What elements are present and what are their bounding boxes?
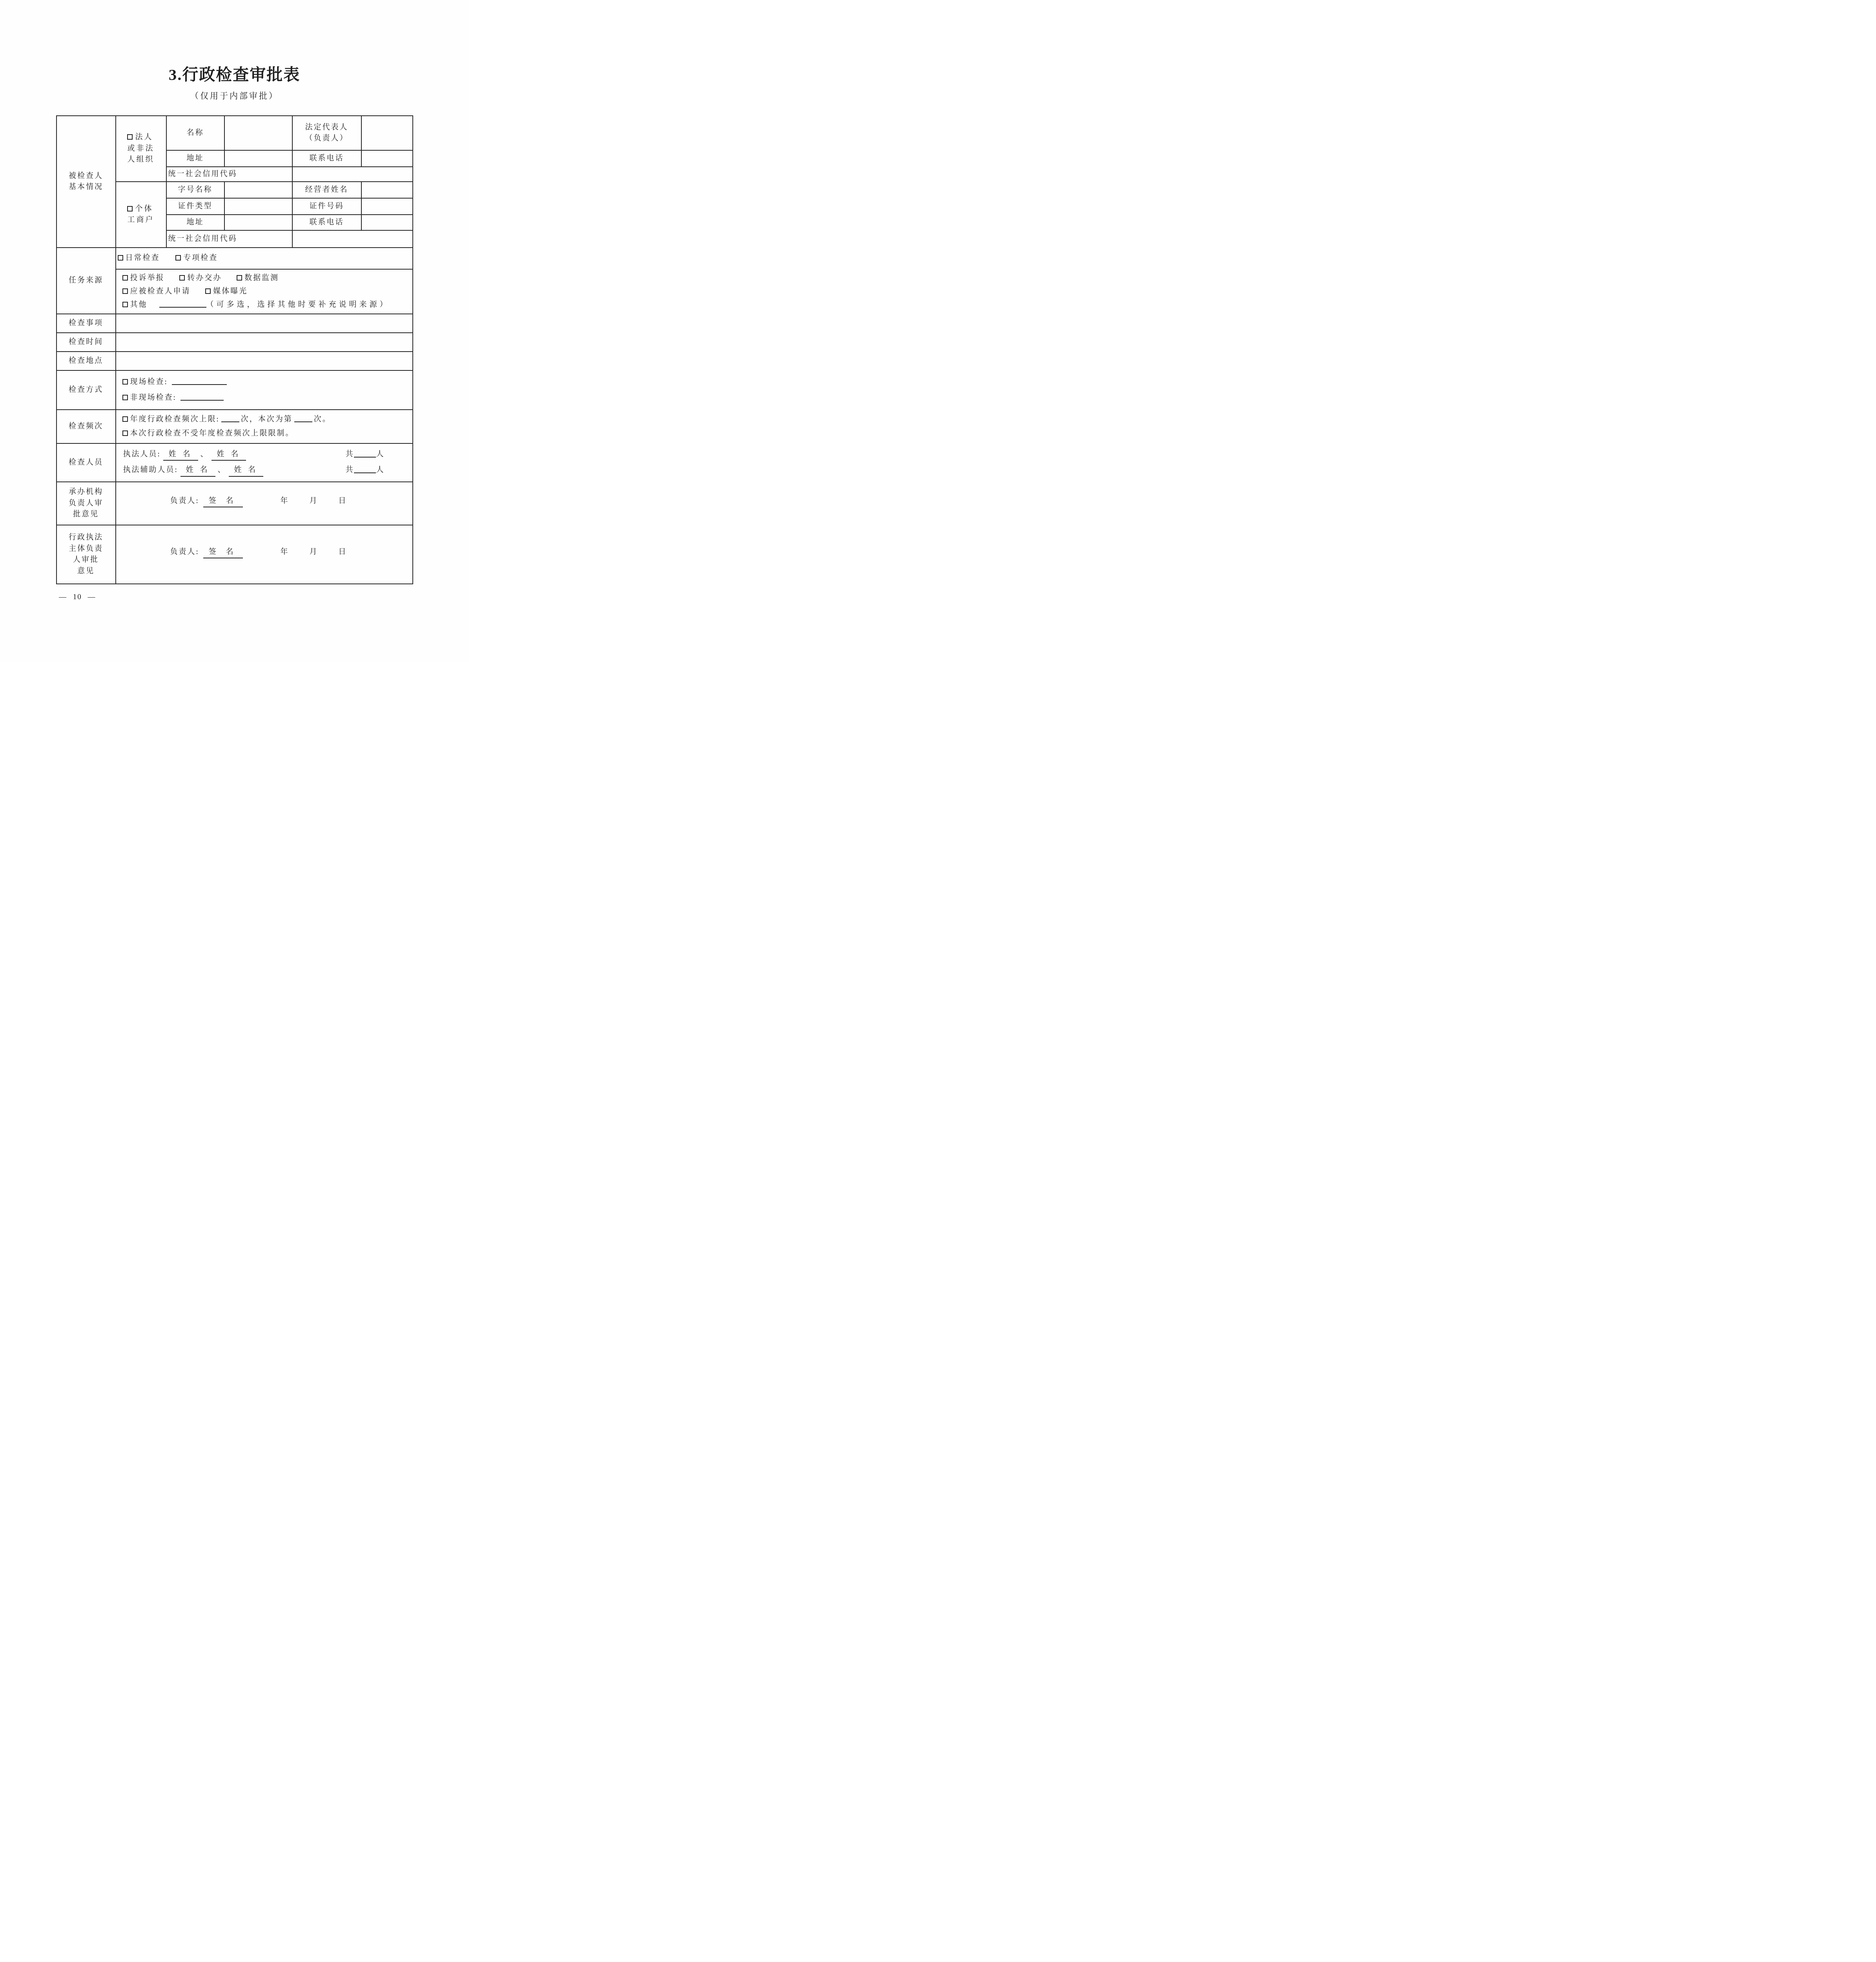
approval-form-table: 被检查人 基本情况 法人 或非法 人组织 名称 法定代表人 （负责人） 地址 联… <box>56 115 413 584</box>
option-daily-inspection: 日常检查 <box>118 254 160 262</box>
label-shop-name: 字号名称 <box>166 182 224 198</box>
table-row: 行政执法 主体负责 人审批 意见 负责人:签 名 年月日 <box>57 525 413 584</box>
option-special-inspection: 专项检查 <box>175 254 218 262</box>
assistants-line: 执法辅助人员:姓 名、姓 名 共人 <box>123 465 385 477</box>
checkbox-daily-inspection[interactable] <box>118 255 123 261</box>
row-header-inspection-place: 检查地点 <box>57 352 116 370</box>
page-number: — 10 — <box>59 593 469 602</box>
label-legal-phone: 联系电话 <box>292 150 361 167</box>
inspection-place-value[interactable] <box>116 352 413 370</box>
officer-name-placeholder-2[interactable]: 姓 名 <box>211 449 246 461</box>
row-header-inspection-frequency: 检查频次 <box>57 410 116 443</box>
legal-phone-value[interactable] <box>361 150 413 167</box>
checkbox-complaint-report[interactable] <box>122 275 128 281</box>
authority-approval-cell[interactable]: 负责人:签 名 年月日 <box>116 525 413 584</box>
officers-names: 执法人员:姓 名、姓 名 <box>123 449 249 461</box>
cell-legal-entity-type: 法人 或非法 人组织 <box>116 116 166 182</box>
inspection-frequency-cell: 年度行政检查频次上限:次，本次为第次。 本次行政检查不受年度检查频次上限限制。 <box>116 410 413 443</box>
authority-date-group: 年月日 <box>281 547 347 558</box>
checkbox-frequency-exempt[interactable] <box>122 430 128 436</box>
org-approval-cell[interactable]: 负责人:签 名 年月日 <box>116 482 413 525</box>
count-suffix: 人 <box>376 450 385 458</box>
authority-date-month: 月 <box>310 547 318 558</box>
option-offsite-inspection: 非现场检查: <box>122 394 177 402</box>
label-individual-uscc: 统一社会信用代码 <box>166 230 292 248</box>
checkbox-offsite-inspection[interactable] <box>122 395 128 400</box>
checkbox-onsite-inspection[interactable] <box>122 379 128 385</box>
row-header-authority-approval: 行政执法 主体负责 人审批 意见 <box>57 525 116 584</box>
checkbox-complaint-report-label: 投诉举报 <box>130 274 165 282</box>
authority-date-day: 日 <box>339 547 347 558</box>
label-legal-name: 名称 <box>166 116 224 150</box>
checkbox-annual-frequency-limit-label: 年度行政检查频次上限: <box>130 415 220 423</box>
org-sign-label: 负责人: <box>170 496 199 507</box>
assistants-count: 共人 <box>345 465 385 476</box>
row-header-inspection-items: 检查事项 <box>57 314 116 333</box>
blank-frequency-limit[interactable] <box>221 414 239 422</box>
org-date-year: 年 <box>281 496 289 507</box>
table-row: 承办机构 负责人审 批意见 负责人:签 名 年月日 <box>57 482 413 525</box>
authority-sign-label: 负责人: <box>170 547 199 558</box>
table-row: 被检查人 基本情况 法人 或非法 人组织 名称 法定代表人 （负责人） <box>57 116 413 150</box>
org-date-group: 年月日 <box>281 496 347 507</box>
inspection-method-cell: 现场检查: 非现场检查: <box>116 370 413 410</box>
task-source-type-cell: 日常检查 专项检查 <box>116 248 413 269</box>
assistants-names: 执法辅助人员:姓 名、姓 名 <box>123 465 266 477</box>
cell-individual-business-type: 个体 工商户 <box>116 182 166 248</box>
option-inspected-party-application: 应被检查人申请 <box>122 287 191 295</box>
checkbox-other-source-label: 其他 <box>130 301 148 309</box>
checkbox-special-inspection-label: 专项检查 <box>183 254 218 262</box>
table-row: 检查频次 年度行政检查频次上限:次，本次为第次。 本次行政检查不受年度检查频次上… <box>57 410 413 443</box>
assistant-name-placeholder-1[interactable]: 姓 名 <box>180 465 215 477</box>
org-date-day: 日 <box>339 496 347 507</box>
label-operator-name: 经营者姓名 <box>292 182 361 198</box>
frequency-limit-line: 年度行政检查频次上限:次，本次为第次。 <box>122 414 411 425</box>
officers-line: 执法人员:姓 名、姓 名 共人 <box>123 449 385 461</box>
checkbox-inspected-party-application[interactable] <box>122 288 128 294</box>
row-header-inspection-personnel: 检查人员 <box>57 443 116 482</box>
row-header-task-source: 任务来源 <box>57 248 116 314</box>
checkbox-data-monitoring-label: 数据监测 <box>244 274 279 282</box>
checkbox-individual-business[interactable] <box>127 206 133 212</box>
checkbox-media-exposure-label: 媒体曝光 <box>213 287 248 295</box>
row-header-inspection-time: 检查时间 <box>57 333 116 352</box>
individual-uscc-value[interactable] <box>292 230 413 248</box>
option-legal-entity: 法人 或非法 人组织 <box>127 132 154 166</box>
org-date-month: 月 <box>310 496 318 507</box>
count-prefix: 共 <box>345 466 354 474</box>
checkbox-onsite-inspection-label: 现场检查: <box>130 378 168 386</box>
option-annual-frequency-limit: 年度行政检查频次上限: <box>122 415 220 423</box>
individual-phone-value[interactable] <box>361 215 413 230</box>
cert-type-value[interactable] <box>224 198 292 215</box>
option-complaint-report: 投诉举报 <box>122 274 165 282</box>
name-separator: 、 <box>218 466 226 474</box>
frequency-mid-text: 次，本次为第 <box>241 415 293 423</box>
row-header-org-approval: 承办机构 负责人审 批意见 <box>57 482 116 525</box>
checkbox-special-inspection[interactable] <box>175 255 181 261</box>
assistant-name-placeholder-2[interactable]: 姓 名 <box>229 465 264 477</box>
shop-name-value[interactable] <box>224 182 292 198</box>
label-cert-type: 证件类型 <box>166 198 224 215</box>
checkbox-legal-entity[interactable] <box>127 134 133 140</box>
label-legal-address: 地址 <box>166 150 224 167</box>
option-frequency-exempt: 本次行政检查不受年度检查频次上限限制。 <box>122 429 294 438</box>
method-onsite-line: 现场检查: <box>122 377 411 388</box>
inspection-items-value[interactable] <box>116 314 413 333</box>
row-header-inspected-party: 被检查人 基本情况 <box>57 116 116 248</box>
label-individual-phone: 联系电话 <box>292 215 361 230</box>
assistants-label: 执法辅助人员: <box>123 466 178 474</box>
table-row: 任务来源 日常检查 专项检查 <box>57 248 413 269</box>
officers-label: 执法人员: <box>123 450 161 458</box>
legal-name-value[interactable] <box>224 116 292 150</box>
authority-date-year: 年 <box>281 547 289 558</box>
legal-address-value[interactable] <box>224 150 292 167</box>
legal-representative-value[interactable] <box>361 116 413 150</box>
checkbox-media-exposure[interactable] <box>205 288 211 294</box>
blank-onsite-detail[interactable] <box>172 377 227 385</box>
blank-other-source[interactable] <box>159 300 206 308</box>
legal-uscc-value[interactable] <box>292 167 413 182</box>
option-onsite-inspection: 现场检查: <box>122 378 168 386</box>
checkbox-annual-frequency-limit[interactable] <box>122 416 128 422</box>
label-cert-no: 证件号码 <box>292 198 361 215</box>
checkbox-inspected-party-application-label: 应被检查人申请 <box>130 287 191 295</box>
page-subtitle: （仅用于内部审批） <box>0 89 469 101</box>
frequency-exempt-line: 本次行政检查不受年度检查频次上限限制。 <box>122 428 411 439</box>
document-page: 3.行政检查审批表 （仅用于内部审批） 被检查人 基本情况 法人 或非法 人组织… <box>0 0 469 662</box>
org-sign-placeholder[interactable]: 签 名 <box>203 496 243 508</box>
task-source-line-1: 投诉举报 转办交办 数据监测 <box>122 273 411 284</box>
page-title: 3.行政检查审批表 <box>0 0 469 84</box>
org-signature-line: 负责人:签 名 年月日 <box>118 496 411 512</box>
authority-sign-placeholder[interactable]: 签 名 <box>203 547 243 559</box>
label-legal-representative: 法定代表人 （负责人） <box>292 116 361 150</box>
option-transfer-assignment: 转办交办 <box>179 274 222 282</box>
count-prefix: 共 <box>345 450 354 458</box>
count-suffix: 人 <box>376 466 385 474</box>
option-data-monitoring: 数据监测 <box>237 274 279 282</box>
inspection-personnel-cell: 执法人员:姓 名、姓 名 共人 执法辅助人员:姓 名、姓 名 共人 <box>116 443 413 482</box>
multi-select-note: （可多选，选择其他时要补充说明来源） <box>206 301 390 309</box>
frequency-end-text: 次。 <box>314 415 331 423</box>
task-source-line-3: 其他（可多选，选择其他时要补充说明来源） <box>122 299 411 311</box>
table-row: 检查方式 现场检查: 非现场检查: <box>57 370 413 410</box>
table-row: 检查人员 执法人员:姓 名、姓 名 共人 执法辅助人员:姓 名、姓 名 共人 <box>57 443 413 482</box>
table-row: 检查地点 <box>57 352 413 370</box>
checkbox-data-monitoring[interactable] <box>237 275 242 281</box>
blank-assistant-count[interactable] <box>354 465 376 473</box>
cert-no-value[interactable] <box>361 198 413 215</box>
task-source-detail-cell: 投诉举报 转办交办 数据监测 应被检查人申请 媒体曝光 其他（可多选，选择其他时… <box>116 269 413 314</box>
option-media-exposure: 媒体曝光 <box>205 287 248 295</box>
officer-name-placeholder-1[interactable]: 姓 名 <box>163 449 198 461</box>
blank-current-count[interactable] <box>294 414 312 422</box>
operator-name-value[interactable] <box>361 182 413 198</box>
individual-address-value[interactable] <box>224 215 292 230</box>
row-header-inspection-method: 检查方式 <box>57 370 116 410</box>
name-separator: 、 <box>201 450 209 458</box>
checkbox-transfer-assignment-label: 转办交办 <box>187 274 222 282</box>
checkbox-other-source[interactable] <box>122 302 128 307</box>
blank-officer-count[interactable] <box>354 450 376 458</box>
task-source-line-2: 应被检查人申请 媒体曝光 <box>122 286 411 297</box>
checkbox-frequency-exempt-label: 本次行政检查不受年度检查频次上限限制。 <box>130 429 294 438</box>
blank-offsite-detail[interactable] <box>180 393 224 401</box>
authority-signature-line: 负责人:签 名 年月日 <box>118 547 411 563</box>
checkbox-offsite-inspection-label: 非现场检查: <box>130 394 177 402</box>
label-legal-uscc: 统一社会信用代码 <box>166 167 292 182</box>
table-row: 检查时间 <box>57 333 413 352</box>
checkbox-transfer-assignment[interactable] <box>179 275 185 281</box>
inspection-time-value[interactable] <box>116 333 413 352</box>
checkbox-daily-inspection-label: 日常检查 <box>126 254 160 262</box>
method-offsite-line: 非现场检查: <box>122 392 411 404</box>
label-individual-address: 地址 <box>166 215 224 230</box>
option-individual-business: 个体 工商户 <box>127 204 154 226</box>
table-row: 检查事项 <box>57 314 413 333</box>
officers-count: 共人 <box>345 449 385 460</box>
option-other-source: 其他 <box>122 301 148 309</box>
